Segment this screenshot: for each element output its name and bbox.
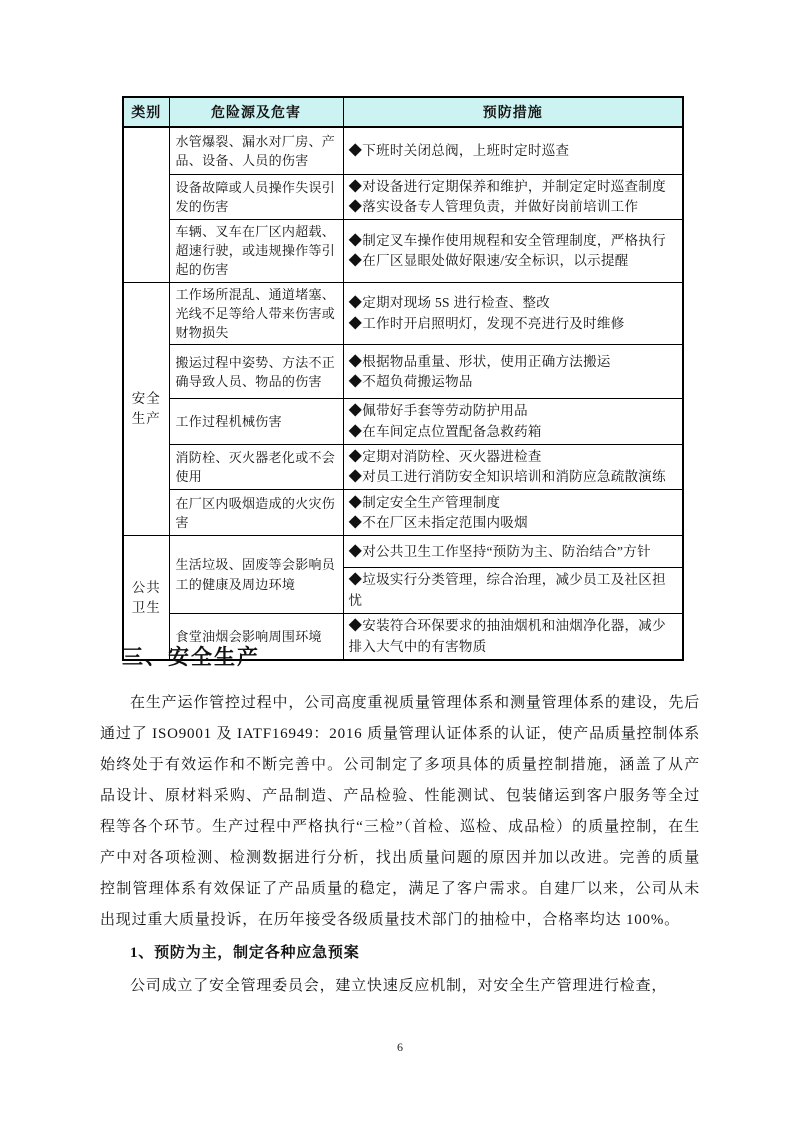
hazard-cell: 设备故障或人员操作失误引发的伤害 — [169, 174, 343, 220]
measure-line: ◆不超负荷搬运物品 — [349, 372, 679, 392]
measure-line: ◆在厂区显眼处做好限速/安全标识，以示提醒 — [349, 251, 679, 271]
hazard-cell: 生活垃圾、固废等会影响员工的健康及周边环境 — [169, 536, 343, 614]
measure-line: ◆定期对现场 5S 进行检查、整改 — [349, 293, 679, 313]
sub-heading: 1、预防为主，制定各种应急预案 — [100, 938, 700, 969]
hazard-cell: 工作过程机械伤害 — [169, 399, 343, 445]
measure-line: ◆落实设备专人管理负责，并做好岗前培训工作 — [349, 197, 679, 217]
measures-cell: ◆下班时关闭总阀，上班时定时巡查 — [343, 127, 683, 174]
table-row: 在厂区内吸烟造成的火灾伤害 ◆制定安全生产管理制度 ◆不在厂区未指定范围内吸烟 — [123, 490, 683, 536]
hazard-cell: 工作场所混乱、通道堵塞、光线不足等给人带来伤害或财物损失 — [169, 282, 343, 345]
table-row: 水管爆裂、漏水对厂房、产品、设备、人员的伤害 ◆下班时关闭总阀，上班时定时巡查 — [123, 127, 683, 174]
header-measures: 预防措施 — [343, 97, 683, 127]
measures-cell: ◆佩带好手套等劳动防护用品 ◆在车间定点位置配备急救药箱 — [343, 399, 683, 445]
table-header-row: 类别 危险源及危害 预防措施 — [123, 97, 683, 127]
hazard-cell: 消防栓、灭火器老化或不会使用 — [169, 444, 343, 490]
hazard-cell: 水管爆裂、漏水对厂房、产品、设备、人员的伤害 — [169, 127, 343, 174]
measure-line: ◆对设备进行定期保养和维护，并制定定时巡查制度 — [349, 177, 679, 197]
measures-cell: ◆对公共卫生工作坚持“预防为主、防治结合”方针 — [343, 536, 683, 568]
header-hazard: 危险源及危害 — [169, 97, 343, 127]
table-row: 工作过程机械伤害 ◆佩带好手套等劳动防护用品 ◆在车间定点位置配备急救药箱 — [123, 399, 683, 445]
table-row: 设备故障或人员操作失误引发的伤害 ◆对设备进行定期保养和维护，并制定定时巡查制度… — [123, 174, 683, 220]
measure-line: ◆佩带好手套等劳动防护用品 — [349, 401, 679, 421]
measures-cell: ◆制定叉车操作使用规程和安全管理制度，严格执行 ◆在厂区显眼处做好限速/安全标识… — [343, 220, 683, 283]
measure-line: ◆下班时关闭总阀，上班时定时巡查 — [349, 141, 679, 161]
document-page: 类别 危险源及危害 预防措施 水管爆裂、漏水对厂房、产品、设备、人员的伤害 ◆下… — [0, 0, 800, 1131]
measure-line: ◆制定安全生产管理制度 — [349, 493, 679, 513]
measure-line: ◆垃圾实行分类管理，综合治理，减少员工及社区担忧 — [349, 570, 679, 611]
hazard-cell: 车辆、叉车在厂区内超载、超速行驶，或违规操作等引起的伤害 — [169, 220, 343, 283]
measures-cell: ◆垃圾实行分类管理，综合治理，减少员工及社区担忧 — [343, 568, 683, 614]
measure-line: ◆在车间定点位置配备急救药箱 — [349, 422, 679, 442]
body-paragraph: 公司成立了安全管理委员会，建立快速反应机制，对安全生产管理进行检查， — [100, 971, 700, 1002]
table-row: 消防栓、灭火器老化或不会使用 ◆定期对消防栓、灭火器进检查 ◆对员工进行消防安全… — [123, 444, 683, 490]
section-heading: 三、安全生产 — [122, 642, 700, 672]
safety-production-section: 三、安全生产 在生产运作管控过程中，公司高度重视质量管理体系和测量管理体系的建设… — [100, 642, 700, 1002]
measures-cell: ◆制定安全生产管理制度 ◆不在厂区未指定范围内吸烟 — [343, 490, 683, 536]
measure-line: ◆对公共卫生工作坚持“预防为主、防治结合”方针 — [349, 542, 679, 562]
header-category: 类别 — [123, 97, 169, 127]
hazard-cell: 在厂区内吸烟造成的火灾伤害 — [169, 490, 343, 536]
hazard-prevention-table: 类别 危险源及危害 预防措施 水管爆裂、漏水对厂房、产品、设备、人员的伤害 ◆下… — [122, 96, 684, 661]
measures-cell: ◆定期对消防栓、灭火器进检查 ◆对员工进行消防安全知识培训和消防应急疏散演练 — [343, 444, 683, 490]
measures-cell: ◆定期对现场 5S 进行检查、整改 ◆工作时开启照明灯，发现不亮进行及时维修 — [343, 282, 683, 345]
table-row: 公共 卫生 生活垃圾、固废等会影响员工的健康及周边环境 ◆对公共卫生工作坚持“预… — [123, 536, 683, 568]
measures-cell: ◆根据物品重量、形状，使用正确方法搬运 ◆不超负荷搬运物品 — [343, 345, 683, 399]
category-cell-empty — [123, 127, 169, 282]
measure-line: ◆不在厂区未指定范围内吸烟 — [349, 513, 679, 533]
measure-line: ◆定期对消防栓、灭火器进检查 — [349, 447, 679, 467]
hazard-cell: 搬运过程中姿势、方法不正确导致人员、物品的伤害 — [169, 345, 343, 399]
table-row: 搬运过程中姿势、方法不正确导致人员、物品的伤害 ◆根据物品重量、形状，使用正确方… — [123, 345, 683, 399]
body-paragraph: 在生产运作管控过程中，公司高度重视质量管理体系和测量管理体系的建设，先后通过了 … — [100, 688, 700, 936]
page-number: 6 — [0, 1040, 800, 1055]
measure-line: ◆对员工进行消防安全知识培训和消防应急疏散演练 — [349, 467, 679, 487]
table-row: 安全 生产 工作场所混乱、通道堵塞、光线不足等给人带来伤害或财物损失 ◆定期对现… — [123, 282, 683, 345]
measure-line: ◆制定叉车操作使用规程和安全管理制度，严格执行 — [349, 231, 679, 251]
measures-cell: ◆对设备进行定期保养和维护，并制定定时巡查制度 ◆落实设备专人管理负责，并做好岗… — [343, 174, 683, 220]
category-cell-safety-production: 安全 生产 — [123, 282, 169, 536]
table-row: 车辆、叉车在厂区内超载、超速行驶，或违规操作等引起的伤害 ◆制定叉车操作使用规程… — [123, 220, 683, 283]
measure-line: ◆根据物品重量、形状，使用正确方法搬运 — [349, 352, 679, 372]
measure-line: ◆工作时开启照明灯，发现不亮进行及时维修 — [349, 314, 679, 334]
